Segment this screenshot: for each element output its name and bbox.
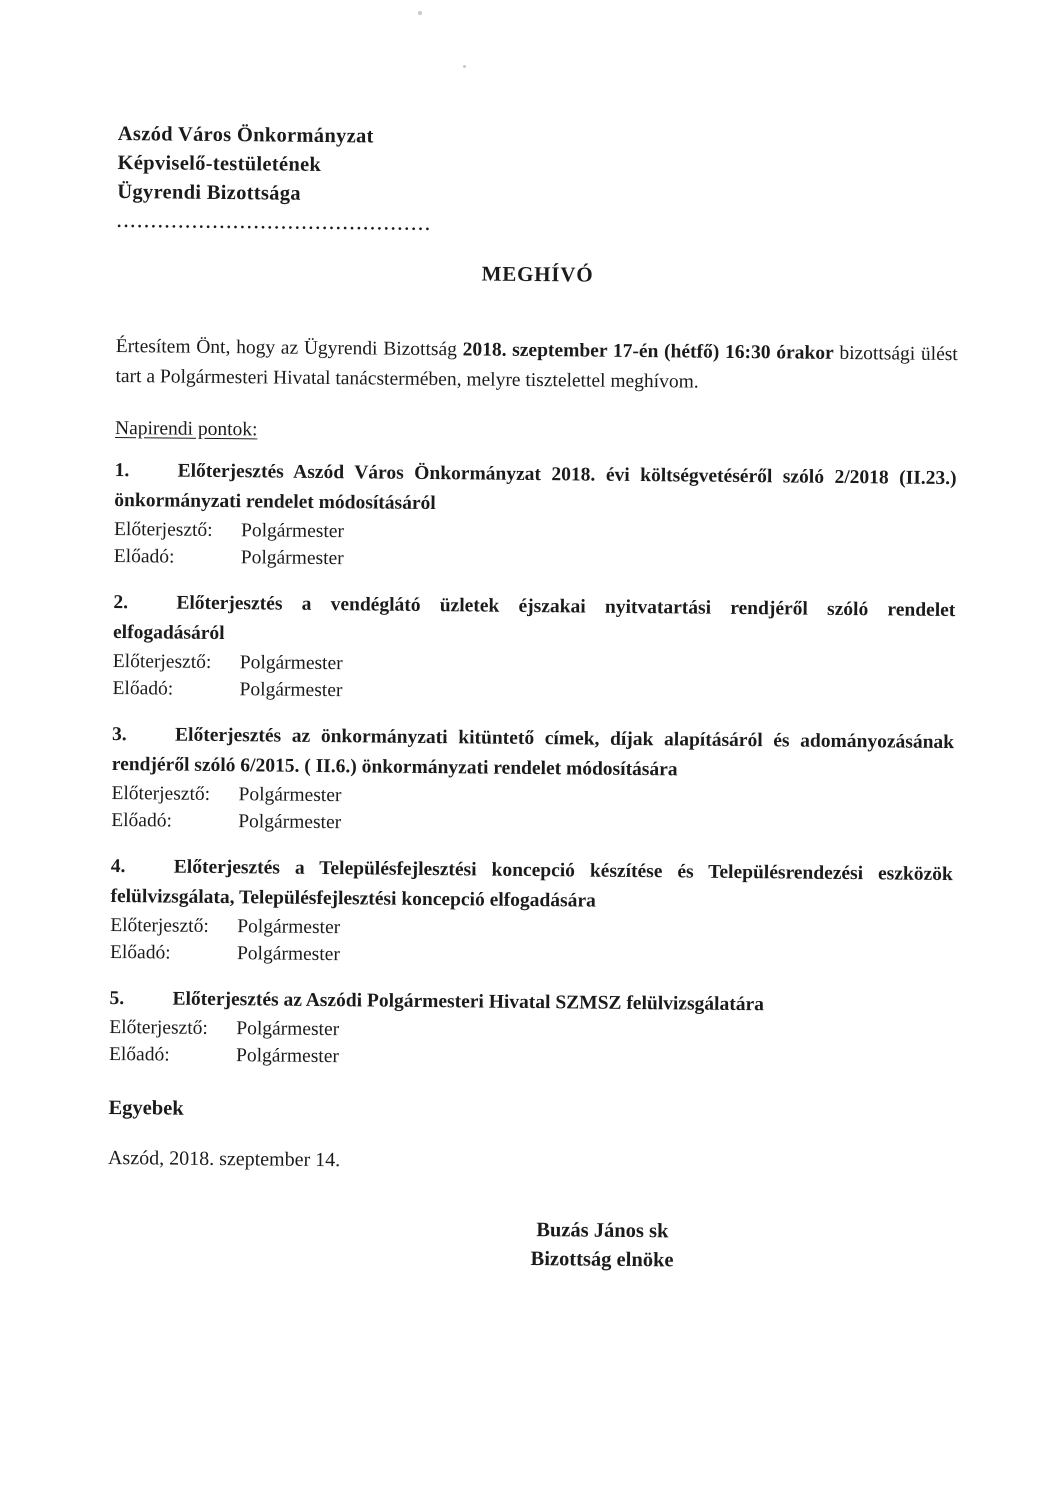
- document-title: MEGHÍVÓ: [116, 258, 958, 290]
- intro-paragraph: Értesítem Önt, hogy az Ügyrendi Bizottsá…: [115, 332, 958, 400]
- presenter-label: Előadó:: [112, 675, 239, 703]
- other-items-heading: Egyebek: [108, 1094, 950, 1130]
- proposer-value: Polgármester: [237, 916, 340, 938]
- agenda-item-number: 5.: [109, 984, 172, 1015]
- agenda-item-title: 3.Előterjesztés az önkormányzati kitünte…: [112, 720, 955, 788]
- proposer-value: Polgármester: [240, 652, 343, 674]
- proposer-label: Előterjesztő:: [114, 516, 241, 544]
- intro-text-start: Értesítem Önt, hogy az Ügyrendi Bizottsá…: [116, 336, 463, 360]
- proposer-label: Előterjesztő:: [111, 780, 238, 808]
- agenda-item-number: 2.: [113, 588, 176, 619]
- presenter-value: Polgármester: [238, 811, 341, 833]
- agenda-item-title: 4.Előterjesztés a Településfejlesztési k…: [110, 852, 953, 920]
- presenter-value: Polgármester: [241, 547, 344, 569]
- agenda-item: 1.Előterjesztés Aszód Város Önkormányzat…: [114, 456, 957, 578]
- agenda-item: 4.Előterjesztés a Településfejlesztési k…: [110, 852, 953, 974]
- agenda-item: 3.Előterjesztés az önkormányzati kitünte…: [111, 720, 954, 842]
- agenda-heading: Napirendi pontok:: [115, 416, 957, 450]
- agenda-item-title-text: Előterjesztés az Aszódi Polgármesteri Hi…: [172, 989, 764, 1016]
- presenter-value: Polgármester: [236, 1045, 339, 1067]
- presenter-value: Polgármester: [239, 679, 342, 701]
- agenda-heading-text: Napirendi pontok:: [115, 418, 258, 440]
- presenter-label: Előadó:: [109, 1041, 236, 1069]
- scan-speck: [418, 11, 422, 15]
- agenda-item: 2.Előterjesztés a vendéglátó üzletek éjs…: [112, 588, 955, 710]
- intro-datetime: 2018. szeptember 17-én (hétfő) 16:30 óra…: [463, 339, 834, 364]
- agenda-list: 1.Előterjesztés Aszód Város Önkormányzat…: [109, 456, 957, 1076]
- presenter-label: Előadó:: [111, 807, 238, 835]
- signature-name: Buzás János sk: [527, 1216, 677, 1246]
- proposer-label: Előterjesztő:: [109, 1014, 236, 1042]
- signature-title: Bizottság elnöke: [527, 1245, 677, 1275]
- presenter-value: Polgármester: [237, 943, 340, 965]
- agenda-item-title-text: Előterjesztés Aszód Város Önkormányzat 2…: [114, 461, 956, 514]
- agenda-item-number: 3.: [112, 720, 175, 751]
- proposer-value: Polgármester: [236, 1018, 339, 1040]
- agenda-item: 5.Előterjesztés az Aszódi Polgármesteri …: [109, 984, 952, 1076]
- agenda-item-title-text: Előterjesztés a vendéglátó üzletek éjsza…: [113, 593, 955, 644]
- agenda-item-title-text: Előterjesztés az önkormányzati kitüntető…: [112, 725, 954, 781]
- proposer-value: Polgármester: [238, 784, 341, 806]
- agenda-item-number: 1.: [114, 456, 177, 487]
- agenda-item-title: 1.Előterjesztés Aszód Város Önkormányzat…: [114, 456, 957, 524]
- sender-block: Aszód Város Önkormányzat Képviselő-testü…: [117, 120, 960, 215]
- agenda-item-title-text: Előterjesztés a Településfejlesztési kon…: [110, 857, 952, 912]
- presenter-label: Előadó:: [114, 543, 241, 571]
- document-page: Aszód Város Önkormányzat Képviselő-testü…: [0, 0, 1058, 1495]
- proposer-label: Előterjesztő:: [113, 648, 240, 676]
- proposer-value: Polgármester: [241, 520, 344, 542]
- document-content: Aszód Város Önkormányzat Képviselő-testü…: [107, 120, 960, 1278]
- dotted-separator: ........................................…: [117, 212, 959, 240]
- presenter-label: Előadó:: [110, 939, 237, 967]
- place-date-line: Aszód, 2018. szeptember 14.: [108, 1144, 950, 1180]
- proposer-label: Előterjesztő:: [110, 912, 237, 940]
- signature-block: Buzás János sk Bizottság elnöke: [527, 1216, 678, 1275]
- agenda-item-title: 2.Előterjesztés a vendéglátó üzletek éjs…: [113, 588, 956, 656]
- scan-speck: [463, 65, 466, 68]
- agenda-item-number: 4.: [111, 852, 174, 883]
